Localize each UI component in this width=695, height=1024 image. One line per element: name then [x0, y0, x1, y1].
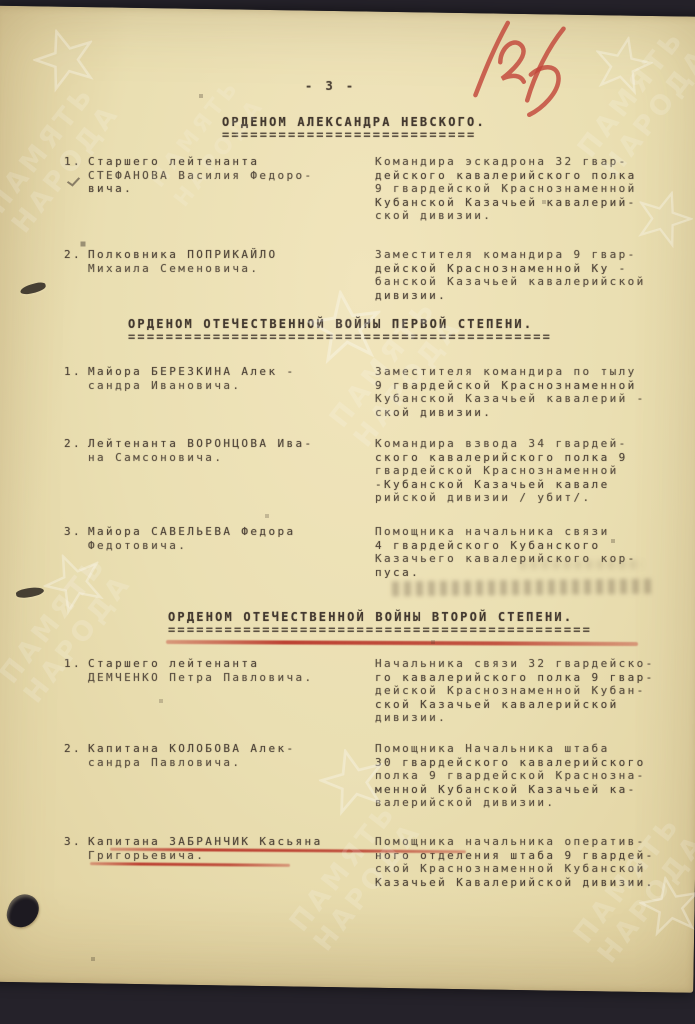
text-line: Капитана КОЛОБОВА Алек- [88, 742, 375, 756]
text-line: Кубанской Казачьей кавалерий - [375, 392, 668, 406]
section-title: ОРДЕНОМ АЛЕКСАНДРА НЕВСКОГО.============… [222, 116, 486, 141]
text-line: ской Казачьей кавалерийской [375, 698, 668, 712]
text-line: Майора БЕРЕЗКИНА Алек - [88, 365, 375, 379]
text-line: банской Казачьей кавалерийской [375, 275, 668, 289]
page-number: - 3 - [305, 80, 356, 94]
recipient-column: Лейтенанта ВОРОНЦОВА Ива-на Самсоновича. [88, 437, 375, 505]
text-line: Помощника начальника оператив- [375, 835, 668, 849]
document-content: - 3 - ОРДЕНОМ АЛЕКСАНДРА НЕВСКОГО.======… [0, 0, 695, 1024]
text-line: Помощника Начальника штаба [375, 742, 668, 756]
recipient-column: Старшего лейтенантаДЕМЧЕНКО Петра Павлов… [88, 657, 375, 725]
text-line: Кубанской Казачьей кавалерий- [375, 196, 668, 210]
position-column: Заместителя командира по тылу9 гвардейск… [375, 365, 668, 419]
text-line: ского кавалерийского полка 9 [375, 451, 668, 465]
text-line: ской дивизии. [375, 209, 668, 223]
text-line: Капитана ЗАБРАНЧИК Касьяна [88, 835, 375, 849]
text-line: Заместителя командира по тылу [375, 365, 668, 379]
entry-number: 3. [64, 835, 88, 889]
award-entry: 2.Капитана КОЛОБОВА Алек-сандра Павлович… [64, 742, 668, 810]
text-line: Заместителя командира 9 гвар- [375, 248, 668, 262]
recipient-column: Старшего лейтенантаСТЕФАНОВА Василия Фед… [88, 155, 375, 223]
section-title-underline: ========================================… [168, 625, 592, 636]
award-entry: 2.Полковника ПОПРИКАЙЛОМихаила Семенович… [64, 248, 668, 302]
entry-number: 2. [64, 248, 88, 302]
text-line: Полковника ПОПРИКАЙЛО [88, 248, 375, 262]
recipient-column: Майора БЕРЕЗКИНА Алек -сандра Ивановича. [88, 365, 375, 419]
text-line: ской Краснознаменной Кубанской [375, 862, 668, 876]
text-line: Казачьей Кавалерийской дивизии. [375, 876, 668, 890]
text-line: дейского кавалерийского полка [375, 169, 668, 183]
text-line: гвардейской Краснознаменной [375, 464, 668, 478]
entry-number: 1. [64, 365, 88, 419]
position-column: Командира эскадрона 32 гвар-дейского кав… [375, 155, 668, 223]
award-entry: 2.Лейтенанта ВОРОНЦОВА Ива-на Самсонович… [64, 437, 668, 505]
text-line: дейской Краснознаменной Ку - [375, 262, 668, 276]
award-entry: 3.Майора САВЕЛЬЕВА ФедораФедотовича.Помо… [64, 525, 668, 579]
text-line: Помощника начальника связи [375, 525, 668, 539]
dust-specks [0, 0, 2, 2]
award-entry: 1.Майора БЕРЕЗКИНА Алек -сандра Иванович… [64, 365, 668, 419]
text-line: Старшего лейтенанта [88, 657, 375, 671]
handwritten-page-number [455, 5, 598, 126]
ink-smudge [520, 560, 642, 569]
text-line: сандра Ивановича. [88, 379, 375, 393]
text-line: 30 гвардейского кавалерийского [375, 756, 668, 770]
text-line: полка 9 гвардейской Краснозна- [375, 769, 668, 783]
recipient-column: Капитана КОЛОБОВА Алек-сандра Павловича. [88, 742, 375, 810]
text-line: ской дивизии. [375, 406, 668, 420]
text-line: го кавалерийского полка 9 гвар- [375, 671, 668, 685]
entry-number: 2. [64, 437, 88, 505]
text-line: дивизии. [375, 289, 668, 303]
text-line: дейской Краснознаменной Кубан- [375, 684, 668, 698]
text-line: Командира эскадрона 32 гвар- [375, 155, 668, 169]
text-line: Лейтенанта ВОРОНЦОВА Ива- [88, 437, 375, 451]
text-line: сандра Павловича. [88, 756, 375, 770]
position-column: Помощника начальника связи4 гвардейского… [375, 525, 668, 579]
text-line: Старшего лейтенанта [88, 155, 375, 169]
award-entry: 1.Старшего лейтенантаДЕМЧЕНКО Петра Павл… [64, 657, 668, 725]
text-line: Михаила Семеновича. [88, 262, 375, 276]
text-line: -Кубанской Казачьей кавале [375, 478, 668, 492]
scan-background: - 3 - ОРДЕНОМ АЛЕКСАНДРА НЕВСКОГО.======… [0, 0, 695, 1024]
text-line: вича. [88, 182, 375, 196]
text-line: Командира взвода 34 гвардей- [375, 437, 668, 451]
text-line: Начальника связи 32 гвардейско- [375, 657, 668, 671]
text-line: дивизии. [375, 711, 668, 725]
text-line: валерийской дивизии. [375, 796, 668, 810]
position-column: Помощника начальника оператив-ного отдел… [375, 835, 668, 889]
text-line: менной Кубанской Казачьей ка- [375, 783, 668, 797]
text-line: СТЕФАНОВА Василия Федоро- [88, 169, 375, 183]
entry-number: 1. [64, 155, 88, 223]
position-column: Командира взвода 34 гвардей-ского кавале… [375, 437, 668, 505]
text-line: Федотовича. [88, 539, 375, 553]
text-line: 9 гвардейской Краснознаменной [375, 182, 668, 196]
position-column: Заместителя командира 9 гвар-дейской Кра… [375, 248, 668, 302]
text-line: 4 гвардейского Кубанского [375, 539, 668, 553]
award-entry: 1.Старшего лейтенантаСТЕФАНОВА Василия Ф… [64, 155, 668, 223]
section-title: ОРДЕНОМ ОТЕЧЕСТВЕННОЙ ВОЙНЫ ПЕРВОЙ СТЕПЕ… [128, 318, 552, 343]
text-line: 9 гвардейской Краснознаменной [375, 379, 668, 393]
entry-number: 1. [64, 657, 88, 725]
section-title-underline: =========================== [222, 130, 486, 141]
position-column: Начальника связи 32 гвардейско-го кавале… [375, 657, 668, 725]
entry-number: 2. [64, 742, 88, 810]
entry-number: 3. [64, 525, 88, 579]
section-title-underline: ========================================… [128, 332, 552, 343]
position-column: Помощника Начальника штаба30 гвардейског… [375, 742, 668, 810]
section-title: ОРДЕНОМ ОТЕЧЕСТВЕННОЙ ВОЙНЫ ВТОРОЙ СТЕПЕ… [168, 611, 592, 636]
text-line: на Самсоновича. [88, 451, 375, 465]
ink-smudge [392, 579, 654, 597]
text-line: Майора САВЕЛЬЕВА Федора [88, 525, 375, 539]
recipient-column: Майора САВЕЛЬЕВА ФедораФедотовича. [88, 525, 375, 579]
text-line: рийской дивизии / убит/. [375, 491, 668, 505]
text-line: ДЕМЧЕНКО Петра Павловича. [88, 671, 375, 685]
recipient-column: Полковника ПОПРИКАЙЛОМихаила Семеновича. [88, 248, 375, 302]
